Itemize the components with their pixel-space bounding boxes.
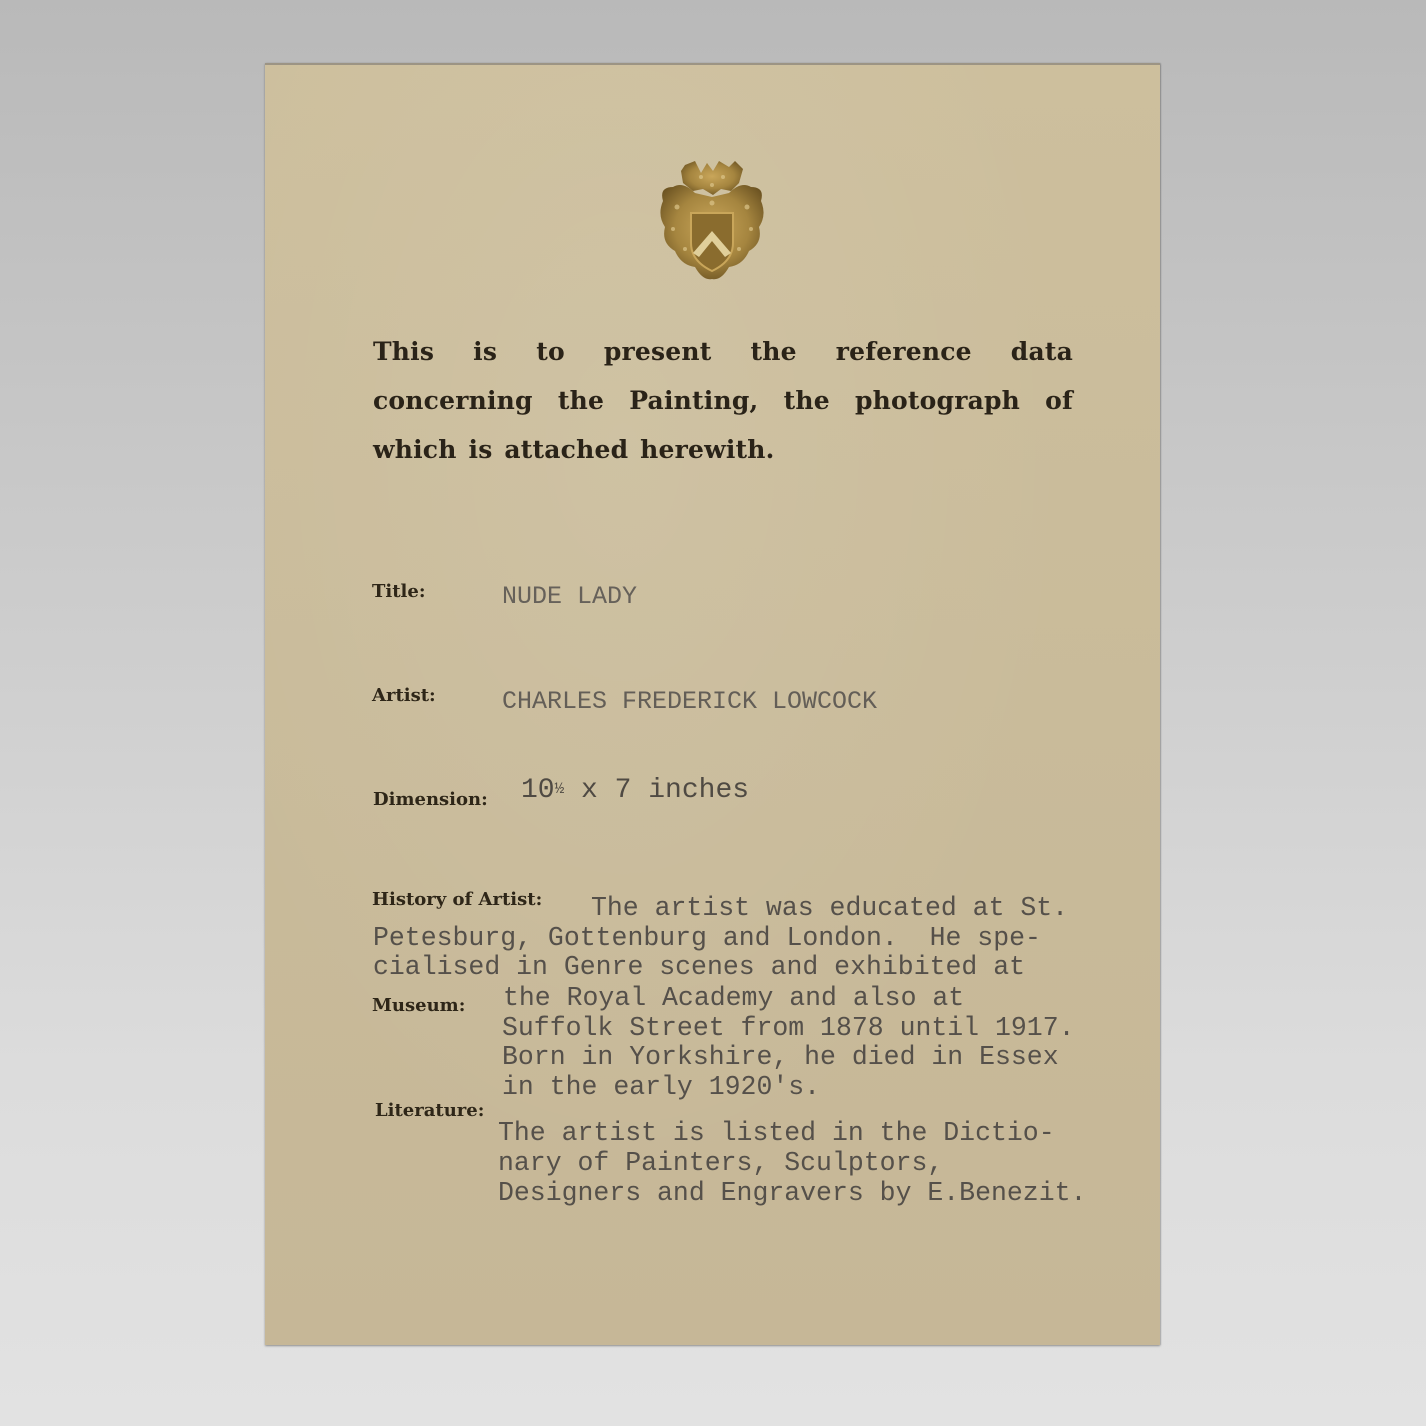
title-label: Title:	[372, 581, 425, 602]
reference-document-card: This is to present the reference data co…	[265, 63, 1160, 1345]
dimension-value: 10½ x 7 inches	[521, 775, 749, 806]
title-value: NUDE LADY	[502, 582, 637, 611]
dimension-fraction: ½	[555, 781, 565, 797]
dimension-label: Dimension:	[373, 789, 488, 810]
literature-line-3: Designers and Engravers by E.Benezit.	[498, 1178, 1086, 1208]
literature-label: Literature:	[375, 1100, 484, 1121]
museum-line-4: in the early 1920's.	[502, 1072, 820, 1102]
museum-label: Museum:	[372, 995, 465, 1016]
dimension-rest: x 7 inches	[564, 775, 749, 806]
artist-label: Artist:	[372, 685, 436, 706]
history-line-2: Petesburg, Gottenburg and London. He spe…	[373, 923, 1041, 953]
intro-statement: This is to present the reference data co…	[373, 327, 1073, 474]
museum-line-2: Suffolk Street from 1878 until 1917.	[502, 1013, 1075, 1043]
history-line-3: cialised in Genre scenes and exhibited a…	[373, 952, 1025, 982]
literature-line-2: nary of Painters, Sculptors,	[498, 1148, 943, 1178]
history-line-1: The artist was educated at St.	[591, 893, 1068, 923]
museum-line-1: the Royal Academy and also at	[503, 983, 964, 1013]
artist-value: CHARLES FREDERICK LOWCOCK	[502, 687, 877, 716]
museum-line-3: Born in Yorkshire, he died in Essex	[502, 1042, 1059, 1072]
history-label: History of Artist:	[372, 889, 542, 910]
literature-line-1: The artist is listed in the Dictio-	[498, 1118, 1055, 1148]
dimension-whole: 10	[521, 775, 555, 806]
coat-of-arms-crest-icon	[655, 157, 769, 283]
